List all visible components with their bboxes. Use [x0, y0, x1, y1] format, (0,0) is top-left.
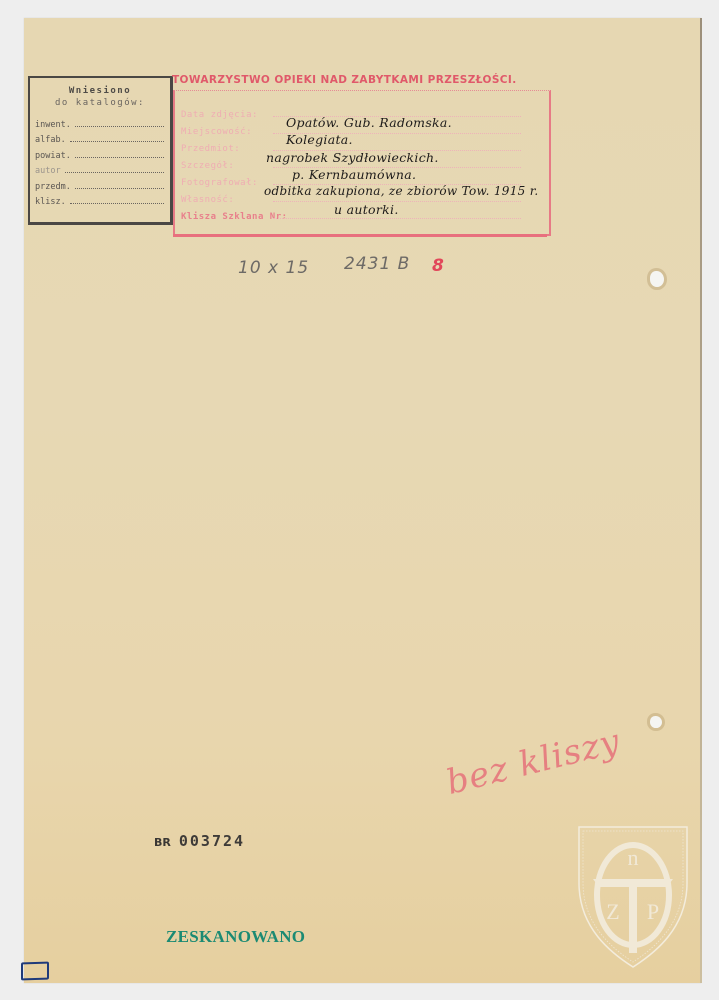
catalog-row-label: autor: [35, 166, 61, 176]
catalog-row: klisz.: [30, 192, 170, 208]
catalog-stamp-title: Wniesiono: [30, 86, 170, 96]
stamp-field-label: Data zdjęcia:: [181, 110, 273, 120]
catalog-row-label: klisz.: [35, 197, 66, 207]
handwritten-photographer: p. Kernbaumówna.: [292, 167, 416, 182]
shield-watermark-icon: n Z P: [575, 823, 691, 971]
catalog-row: przedm.: [30, 176, 170, 192]
blue-marker-square: [21, 962, 49, 981]
pencil-size-note: 10 x 15: [238, 258, 309, 278]
svg-text:n: n: [628, 845, 639, 870]
punch-hole: [650, 716, 662, 728]
red-pencil-note: bez kliszy: [442, 721, 624, 803]
svg-text:Z: Z: [606, 899, 619, 924]
catalog-row: autor: [30, 161, 170, 177]
catalog-row: powiat.: [30, 145, 170, 161]
inventory-number: BR003724: [154, 832, 245, 851]
stamp-field-label: Przedmiot:: [181, 144, 273, 154]
dotted-line: [70, 141, 164, 142]
red-pencil-mark: 8: [432, 256, 445, 276]
catalog-row-label: alfab.: [35, 135, 66, 145]
catalog-row-label: powiat.: [35, 151, 71, 161]
handwritten-owner: u autorki.: [334, 202, 399, 217]
stamp-field-label: Własność:: [181, 195, 273, 205]
stamp-field-label: Fotografował:: [181, 178, 273, 188]
archive-photo-card-back: Wniesiono do katalogów: inwent. alfab. p…: [24, 18, 701, 983]
punch-hole: [650, 271, 664, 287]
stamp-field-label: Miejscowość:: [181, 127, 273, 137]
stamp-field-label: Klisza Szklana Nr:: [181, 212, 273, 222]
dotted-line: [65, 172, 164, 173]
stamp-field-label: Szczegół:: [181, 161, 273, 171]
pencil-catalog-number: 2431 B: [344, 254, 410, 274]
catalog-row-label: inwent.: [35, 120, 71, 130]
handwritten-provenance: odbitka zakupiona, ze zbiorów Tow. 1915 …: [264, 184, 539, 198]
catalog-stamp-subtitle: do katalogów:: [30, 98, 170, 108]
catalog-row: inwent.: [30, 114, 170, 130]
catalog-row-label: przedm.: [35, 182, 71, 192]
society-stamp-title: TOWARZYSTWO OPIEKI NAD ZABYTKAMI PRZESZŁ…: [172, 74, 552, 86]
dotted-line: [70, 203, 164, 204]
handwritten-object: nagrobek Szydłowieckich.: [266, 150, 439, 165]
scanned-stamp: ZESKANOWANO: [166, 927, 305, 947]
catalog-stamp: Wniesiono do katalogów: inwent. alfab. p…: [28, 76, 173, 225]
inventory-digits: 003724: [179, 832, 245, 850]
inventory-prefix: BR: [154, 836, 171, 849]
handwritten-building: Kolegiata.: [286, 132, 353, 147]
dotted-line: [75, 188, 164, 189]
handwritten-location: Opatów. Gub. Radomska.: [286, 115, 452, 130]
dotted-line: [75, 157, 164, 158]
dotted-line: [75, 126, 164, 127]
svg-text:P: P: [647, 899, 659, 924]
catalog-row: alfab.: [30, 130, 170, 146]
